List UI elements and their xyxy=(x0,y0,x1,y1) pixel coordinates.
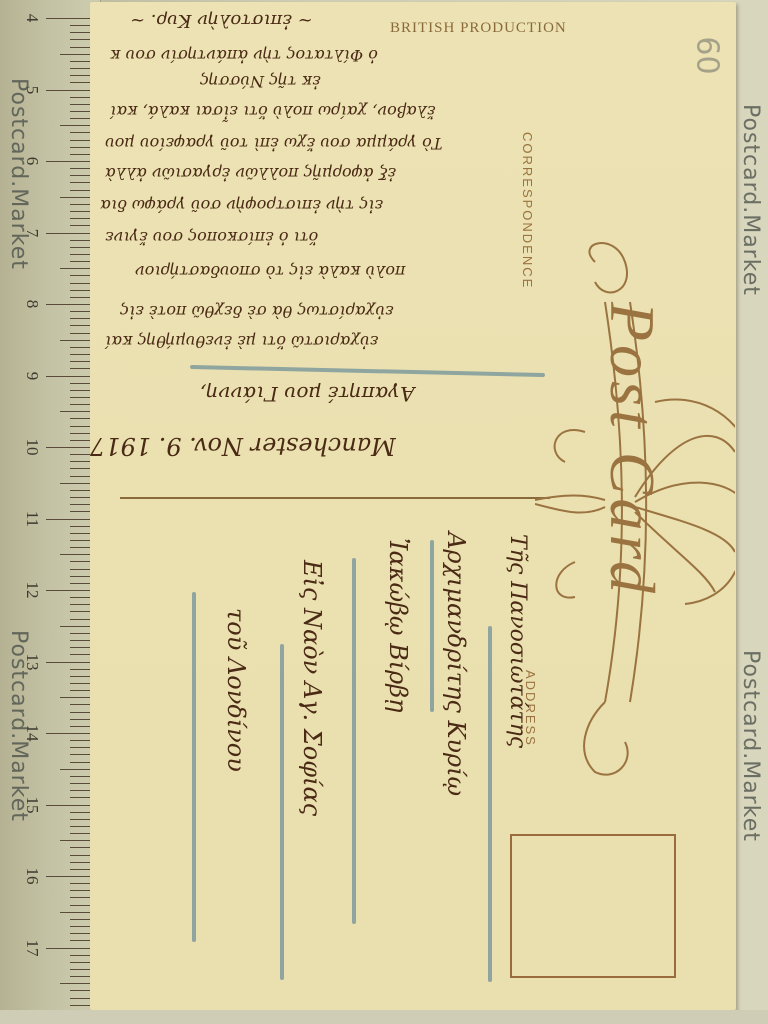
ruler-tick xyxy=(60,983,94,984)
header-text: BRITISH PRODUCTION xyxy=(390,20,567,37)
ruler-tick xyxy=(46,304,94,305)
ruler-number: 17 xyxy=(22,928,42,968)
divider-line xyxy=(120,497,550,499)
handwriting-line: ἔλαβον, χαίρω πολὺ ὅτι εἶσαι καλά, καί xyxy=(110,102,436,121)
ruler-number: 10 xyxy=(22,427,42,467)
ruler-tick xyxy=(60,268,94,269)
address-line-3: Ἰακώβῳ Βίρβῃ xyxy=(384,538,412,713)
handwriting-line: εἰς τὴν ἐπιστροφὴν σοῦ γράφω δια xyxy=(100,196,383,215)
handwriting-line: ὅτι ὁ ἐπίσκοπος σου ἔγινε xyxy=(105,228,318,247)
blue-pencil-underline xyxy=(352,558,356,924)
ruler-number: 4 xyxy=(22,0,42,38)
ruler-tick xyxy=(60,54,94,55)
blue-pencil-underline xyxy=(190,365,545,377)
watermark-right-top: Postcard.Market xyxy=(738,104,763,296)
blue-pencil-underline xyxy=(430,540,434,712)
ruler-tick xyxy=(60,554,94,555)
place-date: Manchester Nov. 9. 1917 xyxy=(90,432,396,460)
correspondence-label: CORRESPONDENCE xyxy=(520,132,535,289)
ruler-tick xyxy=(60,483,94,484)
address-line-4: Εἰς Ναὸν Αγ. Σοφίας xyxy=(298,560,326,816)
ruler-tick xyxy=(60,197,94,198)
ruler-tick xyxy=(60,840,94,841)
handwriting-line: ~ ἐπιστολὴν Κυρ. ~ xyxy=(130,10,313,31)
ruler-number: 16 xyxy=(22,856,42,896)
ruler-number: 8 xyxy=(22,284,42,324)
ruler-number: 9 xyxy=(22,356,42,396)
postcard: BRITISH PRODUCTION 60 ~ ἐπιστολὴν Κυρ. ~… xyxy=(90,2,736,1010)
handwriting-line: Τὸ γράμμα σου ἔχω ἐπὶ τοῦ γραφείου μου xyxy=(105,134,442,153)
ruler-tick xyxy=(46,376,94,377)
ruler-number: 11 xyxy=(22,499,42,539)
bottom-surface xyxy=(0,1010,768,1024)
salutation: Αγαπητέ μου Γιάννη, xyxy=(200,382,415,406)
blue-pencil-underline xyxy=(280,644,284,980)
blue-pencil-underline xyxy=(488,626,492,982)
address-line-1: Τῆς Πανοσιωτάτης xyxy=(505,534,530,748)
ruler-number: 12 xyxy=(22,570,42,610)
ruler-tick xyxy=(46,876,94,877)
pencil-mark: 60 xyxy=(690,36,725,74)
watermark-left-top: Postcard.Market xyxy=(6,78,31,270)
ruler-tick xyxy=(46,590,94,591)
blue-pencil-underline xyxy=(192,592,196,942)
ruler-tick xyxy=(60,125,94,126)
ruler-tick xyxy=(46,948,94,949)
handwriting-line: ἐξ ἀφορμῆς πολλῶν ἐργασιῶν ἀλλὰ xyxy=(105,164,396,183)
handwriting-line: ὁ Φίλτατος τὴν ἀπάντησίν σου κ xyxy=(110,46,378,65)
handwriting-line: εὐχαρίστως θὰ σὲ δεχθῶ ποτὲ εἰς xyxy=(120,302,394,321)
ruler-tick xyxy=(46,90,94,91)
watermark-left-bottom: Postcard.Market xyxy=(6,630,31,822)
watermark-right-bottom: Postcard.Market xyxy=(738,650,763,842)
stamp-box xyxy=(510,834,676,978)
ruler-tick xyxy=(60,411,94,412)
address-line-2: Αρχιμανδρίτης Κυρίῳ xyxy=(442,532,470,796)
handwriting-line: ἐκ τῆς Νύσσης xyxy=(200,72,321,91)
address-line-5: τοῦ Λονδίνου xyxy=(222,608,250,772)
ruler-tick xyxy=(46,519,94,520)
ruler-tick xyxy=(46,18,94,19)
ruler-tick xyxy=(60,912,94,913)
ruler-tick xyxy=(46,733,94,734)
ruler-tick xyxy=(46,447,94,448)
postcard-title: Post Card xyxy=(595,302,669,597)
ruler-tick xyxy=(60,626,94,627)
ruler-tick xyxy=(60,697,94,698)
handwriting-line: εὐχαριστῶ ὅτι μὲ ἐνεθυμήθης καί xyxy=(105,332,378,351)
ruler-tick xyxy=(46,805,94,806)
handwriting-line: πολὺ καλὰ εἰς τὸ σπουδαστήριον xyxy=(135,262,406,281)
ruler-tick xyxy=(46,161,94,162)
ruler-tick xyxy=(46,662,94,663)
ruler-tick xyxy=(46,233,94,234)
ruler-tick xyxy=(60,769,94,770)
ruler-tick xyxy=(60,340,94,341)
